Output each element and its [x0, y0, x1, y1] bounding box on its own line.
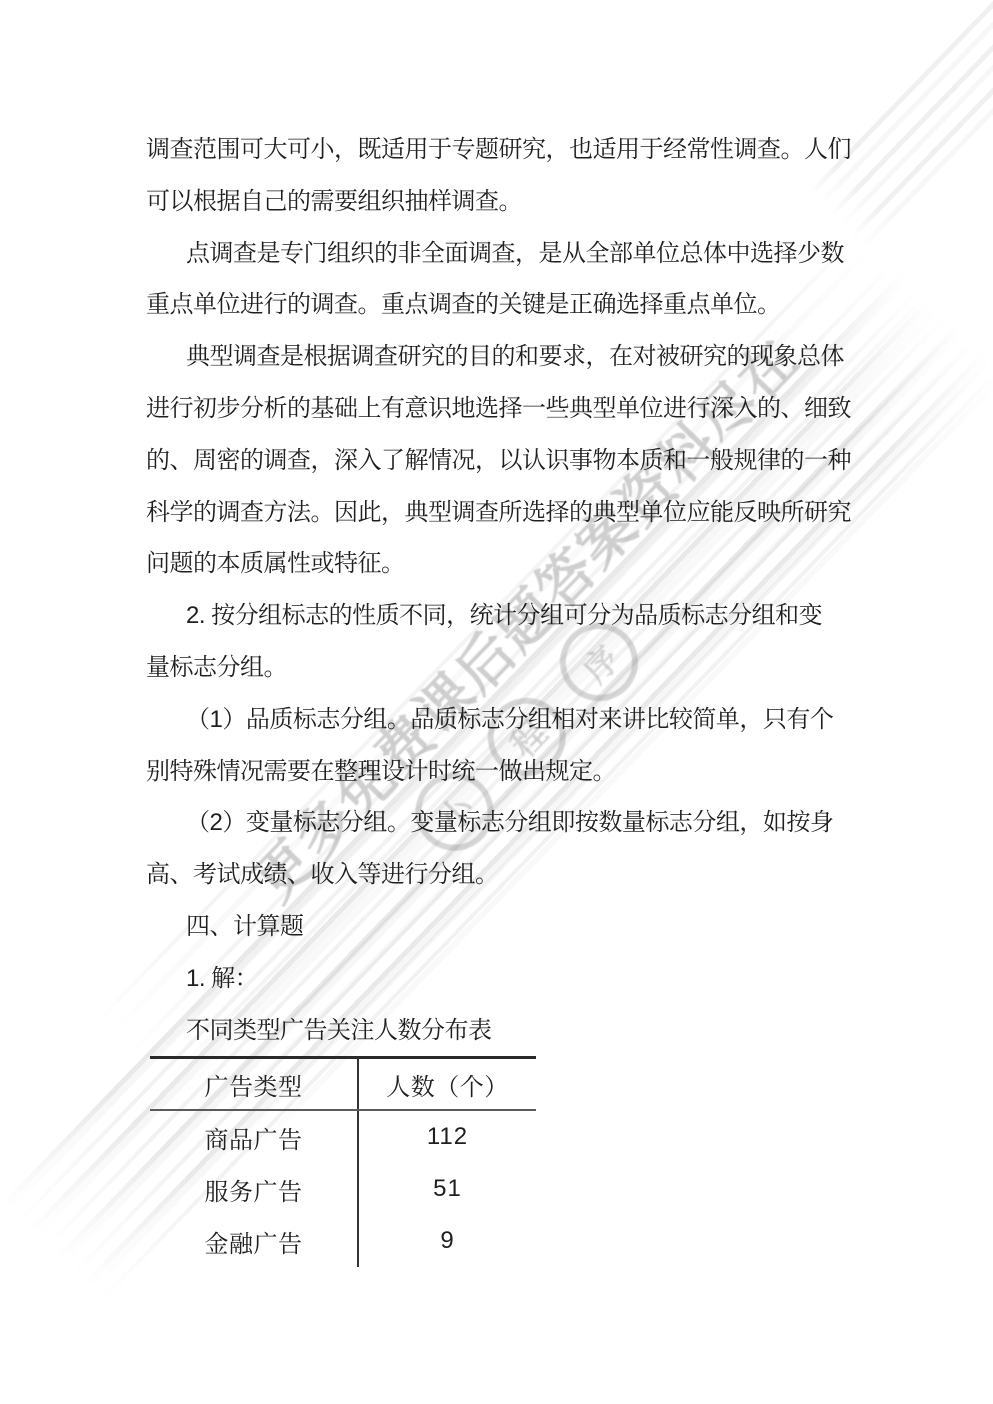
frequency-table: 广告类型 人数（个） 商品广告 112 服务广告 51 金融广告 9 — [150, 1056, 536, 1267]
table-header-cell: 广告类型 — [150, 1059, 359, 1109]
text-line: 量标志分组。 — [146, 642, 926, 694]
table-cell-value: 112 — [359, 1111, 536, 1163]
section-heading: 四、计算题 — [146, 901, 926, 953]
text-line: 别特殊情况需要在整理设计时统一做出规定。 — [146, 746, 926, 798]
text-line: 2. 按分组标志的性质不同，统计分组可分为品质标志分组和变 — [146, 590, 926, 642]
table-cell-category: 服务广告 — [150, 1163, 359, 1215]
text-line: （2）变量标志分组。变量标志分组即按数量标志分组，如按身 — [146, 797, 926, 849]
text-line: 可以根据自己的需要组织抽样调查。 — [146, 176, 926, 228]
table-header-cell: 人数（个） — [359, 1059, 536, 1109]
table-title: 不同类型广告关注人数分布表 — [146, 1005, 926, 1057]
text-line: 调查范围可大可小，既适用于专题研究，也适用于经常性调查。人们 — [146, 124, 926, 176]
text-line: 的、周密的调查，深入了解情况，以认识事物本质和一般规律的一种 — [146, 435, 926, 487]
text-line: 进行初步分析的基础上有意识地选择一些典型单位进行深入的、细致 — [146, 383, 926, 435]
table-cell-category: 金融广告 — [150, 1215, 359, 1267]
table-cell-value: 51 — [359, 1163, 536, 1215]
text-line: （1）品质标志分组。品质标志分组相对来讲比较简单，只有个 — [146, 694, 926, 746]
text-line: 点调查是专门组织的非全面调查，是从全部单位总体中选择少数 — [146, 228, 926, 280]
document-page: 更多免费课后题答案资料尽在 小 程 序 调查范围可大可小，既适用于专题研究，也适… — [0, 0, 993, 1404]
table-cell-category: 商品广告 — [150, 1111, 359, 1163]
table-cell-value: 9 — [359, 1215, 536, 1267]
text-line: 问题的本质属性或特征。 — [146, 538, 926, 590]
table-row: 服务广告 51 — [150, 1163, 536, 1215]
table-row: 金融广告 9 — [150, 1215, 536, 1267]
table-header-row: 广告类型 人数（个） — [150, 1059, 536, 1111]
document-content: 调查范围可大可小，既适用于专题研究，也适用于经常性调查。人们 可以根据自己的需要… — [146, 124, 926, 1267]
table-row: 商品广告 112 — [150, 1111, 536, 1163]
text-line: 重点单位进行的调查。重点调查的关键是正确选择重点单位。 — [146, 279, 926, 331]
text-line: 高、考试成绩、收入等进行分组。 — [146, 849, 926, 901]
text-line: 科学的调查方法。因此，典型调查所选择的典型单位应能反映所研究 — [146, 487, 926, 539]
text-line: 1. 解： — [146, 953, 926, 1005]
text-line: 典型调查是根据调查研究的目的和要求，在对被研究的现象总体 — [146, 331, 926, 383]
